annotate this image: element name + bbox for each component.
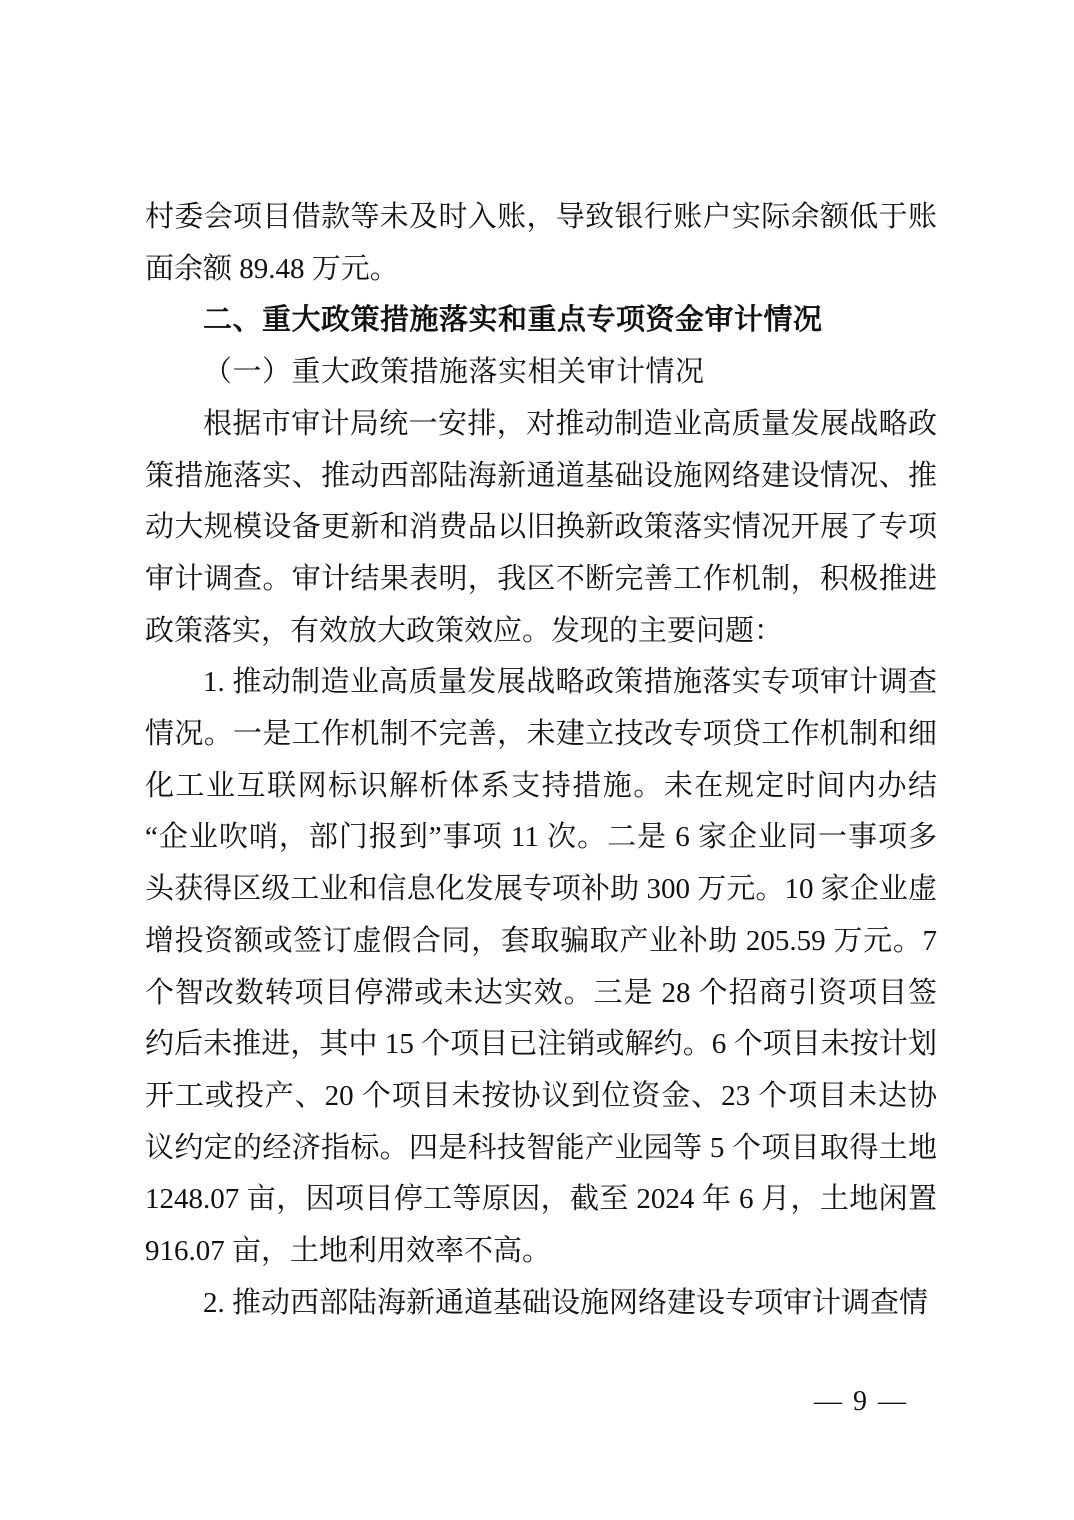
page-number: — 9 — (814, 1386, 908, 1418)
paragraph-continuation: 村委会项目借款等未及时入账，导致银行账户实际余额低于账面余额 89.48 万元。 (145, 192, 937, 295)
paragraph-item-2: 2. 推动西部陆海新通道基础设施网络建设专项审计调查情 (145, 1278, 937, 1330)
paragraph-overview: 根据市审计局统一安排，对推动制造业高质量发展战略政策措施落实、推动西部陆海新通道… (145, 399, 937, 658)
paragraph-item-1: 1. 推动制造业高质量发展战略政策措施落实专项审计调查情况。一是工作机制不完善，… (145, 657, 937, 1277)
subsection-heading: （一）重大政策措施落实相关审计情况 (145, 347, 937, 399)
document-page: 村委会项目借款等未及时入账，导致银行账户实际余额低于账面余额 89.48 万元。… (0, 0, 1074, 1520)
section-heading: 二、重大政策措施落实和重点专项资金审计情况 (145, 295, 937, 347)
document-body: 村委会项目借款等未及时入账，导致银行账户实际余额低于账面余额 89.48 万元。… (145, 192, 937, 1329)
